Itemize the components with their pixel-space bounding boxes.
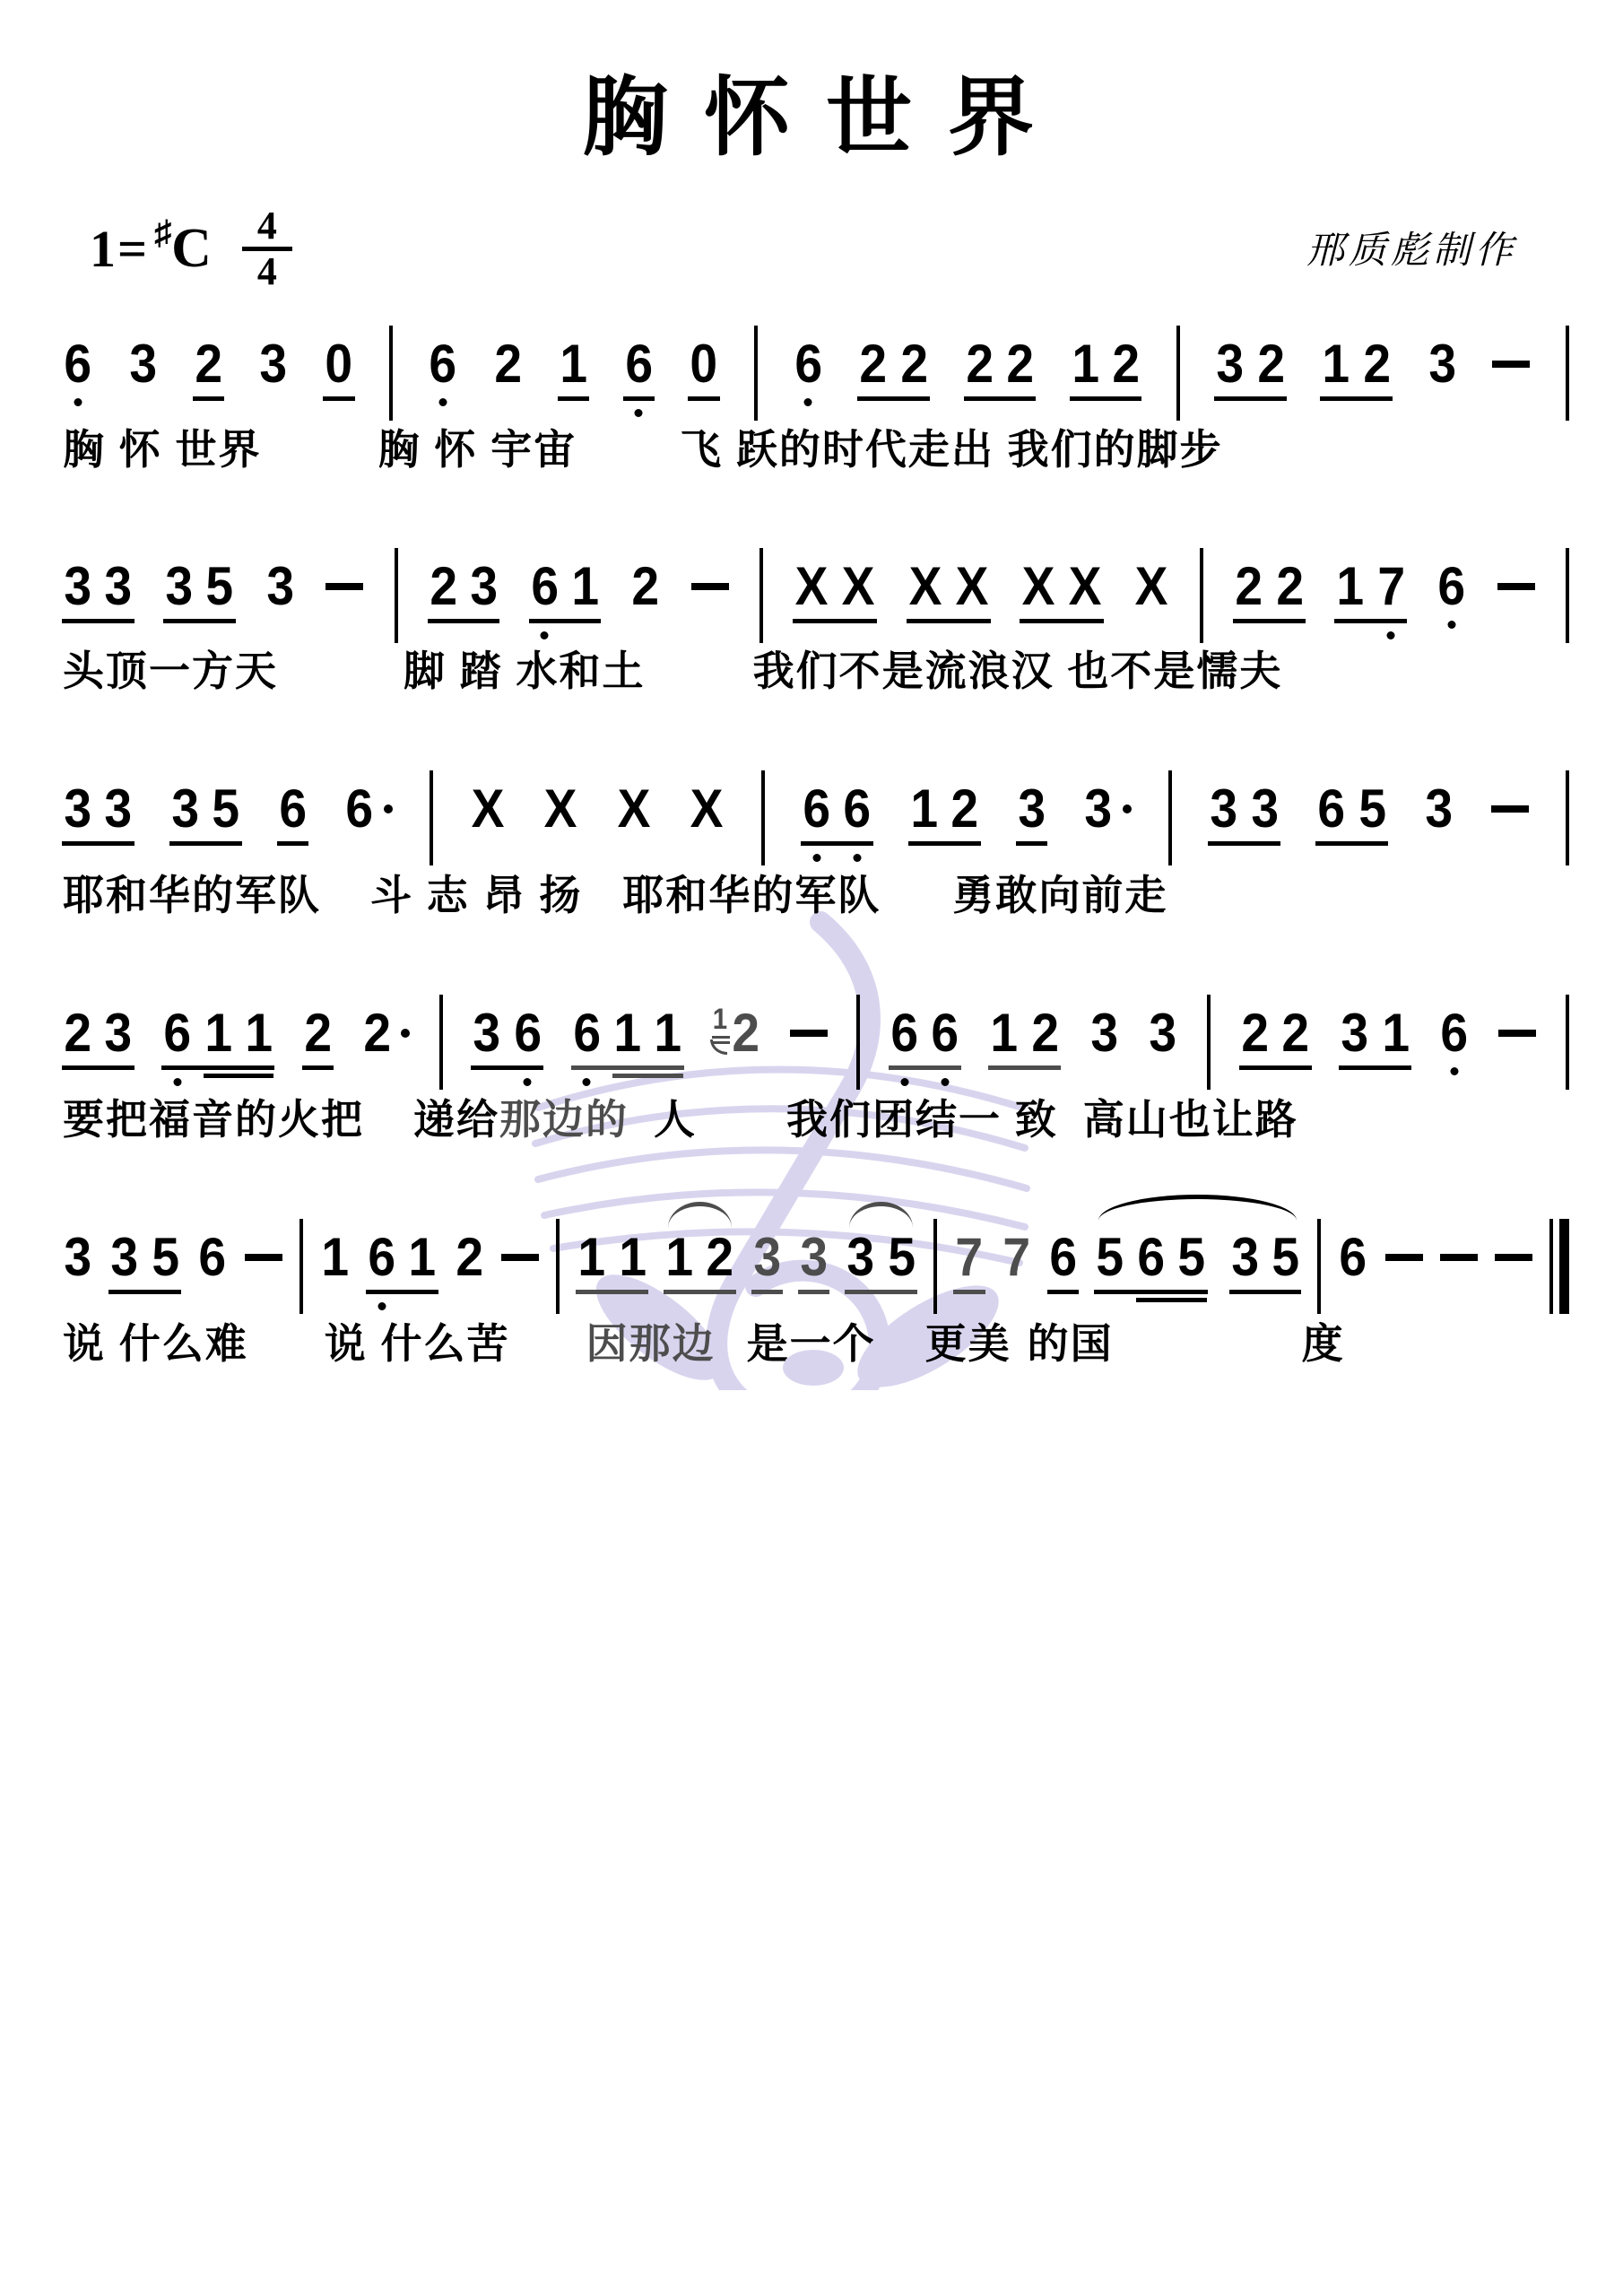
note: 6 [1136, 1231, 1166, 1284]
note: 3 [469, 560, 499, 613]
note: 1 [570, 560, 600, 613]
note: 2 [1256, 337, 1286, 391]
note: 1 [1335, 560, 1365, 613]
sharp-icon: ♯ [154, 213, 171, 253]
note: 1 [653, 1006, 682, 1060]
octave-dot [942, 1078, 950, 1086]
beat-group: 611 [572, 1006, 683, 1060]
note: 3 [63, 560, 92, 613]
beat-group: 11 [577, 1231, 647, 1284]
sixteenth-run: 11 [204, 1006, 274, 1060]
underline-beam [1094, 1290, 1207, 1294]
note: 2 [1280, 1006, 1310, 1060]
half-note-dash [1495, 1254, 1532, 1261]
beat-group: 23 [429, 560, 499, 613]
octave-dot [804, 398, 812, 406]
note-number: 6 [164, 1006, 192, 1060]
song-title: 胸 怀 世 界 [0, 49, 1623, 172]
half-note-dash [790, 1030, 828, 1037]
note: 2 [362, 1006, 410, 1060]
note-number: 5 [1178, 1231, 1206, 1284]
note-number: 7 [1002, 1231, 1030, 1284]
slur-arc [1098, 1195, 1297, 1221]
note: 3 [1230, 1231, 1260, 1284]
note: 6 [802, 782, 831, 836]
barline [856, 995, 860, 1090]
underline-beam [857, 396, 930, 401]
notation-element: 1 [713, 1004, 727, 1033]
note-number: X [842, 560, 875, 613]
octave-dot [900, 1078, 908, 1086]
note: 3 [1089, 1006, 1119, 1060]
note-number: 3 [1231, 1231, 1259, 1284]
underline-beam [1070, 396, 1142, 401]
final-barline-thick [1559, 1219, 1569, 1314]
note: 2 [1240, 1006, 1270, 1060]
lyric-segment: 飞 跃的时代走出 我们的脚步 [680, 417, 1223, 476]
note: 2 [493, 337, 523, 391]
underline-beam [964, 396, 1037, 401]
key-signature: 1= ♯ C 4 4 [90, 208, 292, 291]
octave-dot [583, 1078, 591, 1086]
note-number: 2 [1257, 337, 1285, 391]
note: 5 [211, 782, 240, 836]
note: 2 [1234, 560, 1263, 613]
octave-dot [378, 1302, 386, 1310]
note: 5 [1271, 1231, 1300, 1284]
note: 5 [204, 560, 234, 613]
half-note-dash [691, 583, 729, 590]
note-number: 2 [363, 1006, 391, 1060]
note: 5 [151, 1231, 180, 1284]
beat-group: 35 [846, 1231, 916, 1284]
lyric-segment: 胸 怀 宇宙 [378, 417, 577, 476]
note-number: 1 [571, 560, 599, 613]
beat-group: 33 [63, 782, 134, 836]
note-number: 2 [195, 337, 222, 391]
lyrics-line: 耶和华的军队斗 志 昂 扬耶和华的军队勇敢向前走 [63, 863, 1167, 922]
note: 3 [1250, 782, 1280, 836]
note-number: 6 [514, 1006, 542, 1060]
barline [1207, 995, 1211, 1090]
note-number: 1 [321, 1231, 349, 1284]
note-number: 6 [64, 337, 91, 391]
note-number: 3 [165, 560, 193, 613]
note: 0 [324, 337, 353, 391]
note-number: 3 [753, 1231, 781, 1284]
note-number: 3 [1425, 782, 1453, 836]
note: X [616, 782, 652, 836]
time-signature-bottom: 4 [257, 254, 277, 290]
lyric-segment: 说 什么苦 [325, 1311, 510, 1370]
note-number: 1 [613, 1006, 641, 1060]
lyric-segment: 胸 怀 世界 [63, 417, 262, 476]
note: 2 [965, 337, 994, 391]
note: 7 [954, 1231, 984, 1284]
note: 1 [577, 1231, 606, 1284]
lyric-segment: 因那边 [586, 1311, 716, 1370]
beat-group: 66 [802, 782, 872, 836]
note-number: 1 [560, 337, 587, 391]
octave-dot [1447, 621, 1455, 629]
note: 6 [197, 1231, 227, 1284]
barline [759, 548, 763, 643]
note: X [907, 560, 943, 613]
final-barline [1549, 1219, 1569, 1314]
barline [430, 770, 433, 865]
beat-group: 61 [367, 1231, 438, 1284]
underline-beam [193, 396, 224, 401]
lyric-segment: 更美 [925, 1311, 1011, 1370]
underline-beam [623, 396, 655, 401]
note-number: 3 [129, 337, 157, 391]
note-number: X [1021, 560, 1055, 613]
beat-group: 32 [1215, 337, 1286, 391]
underline-beam [571, 1065, 684, 1070]
note: 6 [890, 1006, 919, 1060]
note-number: 6 [1137, 1231, 1165, 1284]
note: 2 [630, 560, 660, 613]
octave-dot [812, 854, 820, 862]
beat-group: XX [794, 560, 876, 613]
note: 6 [530, 560, 560, 613]
barline [1200, 548, 1203, 643]
note-number: 1 [1382, 1006, 1410, 1060]
note: X [954, 560, 990, 613]
lyric-segment: 头顶一方天 [63, 639, 278, 698]
note-number: 5 [206, 560, 234, 613]
underline-beam [1334, 619, 1407, 623]
beat-group: 22 [1240, 1006, 1311, 1060]
note-number: 3 [1341, 1006, 1369, 1060]
beat-group: 17 [1335, 560, 1406, 613]
note: 2 [1030, 1006, 1060, 1060]
note: 0 [689, 337, 718, 391]
note-number: X [690, 782, 723, 836]
note: X [840, 560, 876, 613]
underline-beam [793, 619, 877, 623]
note: 6 [1048, 1231, 1078, 1284]
note: 5 [1358, 782, 1387, 836]
note-number: 6 [890, 1006, 918, 1060]
beat-group: 31 [1340, 1006, 1410, 1060]
lyric-segment: 我们不是流浪汉 也不是懦夫 [753, 639, 1283, 698]
tied-beat-span: 56535 [1095, 1231, 1300, 1284]
note: 3 [1209, 782, 1238, 836]
barline [1566, 326, 1569, 421]
underline-beam [62, 619, 135, 623]
lyric-segment: 度 [1302, 1311, 1345, 1370]
note: 7 [1376, 560, 1406, 613]
barline [933, 1219, 937, 1314]
note-number: 1 [991, 1006, 1019, 1060]
octave-dot [173, 1078, 181, 1086]
beat-group: 12 [664, 1231, 735, 1284]
sixteenth-run: 65 [1136, 1231, 1207, 1284]
barline [1566, 770, 1569, 865]
barline [754, 326, 758, 421]
underline-beam [889, 1065, 961, 1070]
note: 2 [1111, 337, 1141, 391]
beat-group: XX [1020, 560, 1103, 613]
note-number: 6 [803, 782, 830, 836]
note: 6 [930, 1006, 959, 1060]
note: 6 [1439, 1006, 1469, 1060]
note: 2 [858, 337, 888, 391]
underline-beam [988, 1065, 1061, 1070]
note: 3 [1424, 782, 1454, 836]
note-number: 1 [245, 1006, 273, 1060]
note: 1 [559, 337, 588, 391]
note: 6 [794, 337, 823, 391]
note: 2 [303, 1006, 333, 1060]
note-number: 2 [1236, 560, 1263, 613]
note-number: 6 [279, 782, 307, 836]
note: 3 [1017, 782, 1046, 836]
note-number: 2 [1363, 337, 1391, 391]
lyrics-line: 要把福音的火把递给那边的人我们团结一 致高山也让路 [63, 1087, 1298, 1146]
underline-beam [169, 841, 242, 846]
beat-group: 611 [162, 1006, 273, 1060]
beat-group: 12 [1321, 337, 1392, 391]
sixteenth-run: 11 [612, 1006, 683, 1060]
beat-group: 33 [63, 560, 134, 613]
note: 2 [1362, 337, 1392, 391]
note: 2 [455, 1231, 484, 1284]
note: 2 [899, 337, 929, 391]
note-number: 1 [1337, 560, 1365, 613]
underline-beam [302, 1065, 334, 1070]
beat-group: 36 [472, 1006, 542, 1060]
note: 6 [428, 337, 457, 391]
half-note-dash [1492, 361, 1530, 368]
note-number: 2 [1112, 337, 1140, 391]
lyrics-line: 胸 怀 世界胸 怀 宇宙飞 跃的时代走出 我们的脚步 [63, 417, 1223, 476]
underline-beam [908, 841, 981, 846]
underline-beam [1239, 1065, 1312, 1070]
notation-line: 6323062160622221232123 [63, 332, 1569, 396]
note: 3 [1428, 337, 1457, 391]
underline-beam [1016, 841, 1047, 846]
note: 3 [63, 1231, 92, 1284]
note-number: 2 [304, 1006, 332, 1060]
underline-beam [664, 1290, 736, 1294]
barline [439, 995, 443, 1090]
lyric-segment: 耶和华的军队 [63, 863, 321, 922]
augmentation-dot [384, 804, 393, 813]
note: 3 [103, 560, 133, 613]
note-number: 6 [1340, 1231, 1367, 1284]
barline [1566, 995, 1569, 1090]
note: 2 [1005, 337, 1035, 391]
note: 3 [109, 1231, 139, 1284]
note: 3 [1083, 782, 1131, 836]
note-number: 1 [409, 1231, 437, 1284]
lyrics-line: 说 什么难说 什么苦因那边是一个更美的国度 [63, 1311, 1345, 1370]
beat-group: 35 [164, 560, 235, 613]
note-number: 2 [900, 337, 928, 391]
note: 5 [887, 1231, 916, 1284]
grace-underline [712, 1036, 730, 1039]
note-number: 3 [64, 1231, 91, 1284]
note-number: 6 [430, 337, 457, 391]
note: 6 [1338, 1231, 1367, 1284]
octave-dot [74, 398, 82, 406]
note-number: 3 [1217, 337, 1245, 391]
beat-group: 66 [890, 1006, 960, 1060]
note-number: 0 [690, 337, 718, 391]
beat-group: 61 [530, 560, 601, 613]
note: 1 [204, 1006, 233, 1060]
note: 1 [909, 782, 939, 836]
lyric-segment: 说 什么难 [63, 1311, 248, 1370]
lyric-segment: 耶和华的军队 [622, 863, 881, 922]
notation-line: 333566XXXX66123333653 [63, 777, 1569, 841]
underline-beam [163, 619, 236, 623]
time-signature: 4 4 [242, 208, 292, 291]
note: X [542, 782, 578, 836]
note: 6 [572, 1006, 602, 1060]
lyric-segment: 递给 [413, 1087, 499, 1146]
underline-beam [907, 619, 991, 623]
beat-group: 565 [1095, 1231, 1206, 1284]
lyric-segment: 的国 [1028, 1311, 1114, 1370]
note: 6 [162, 1006, 192, 1060]
note-number: 2 [707, 1231, 734, 1284]
note: 5 [1176, 1231, 1206, 1284]
beat-group: 65 [1316, 782, 1387, 836]
underline-beam [161, 1065, 274, 1070]
note-number: 6 [531, 560, 559, 613]
underline-beam [1214, 396, 1287, 401]
note-number: X [795, 560, 829, 613]
note-number: 6 [844, 782, 872, 836]
note-number: 6 [368, 1231, 395, 1284]
lyric-segment: 脚 踏 水和土 [404, 639, 646, 698]
note-number: 6 [1317, 782, 1345, 836]
augmentation-dot [1123, 804, 1132, 813]
note-number: 5 [888, 1231, 916, 1284]
underline-beam [1320, 396, 1393, 401]
note-number: X [617, 782, 650, 836]
note-number: 7 [1377, 560, 1405, 613]
note: 1 [1071, 337, 1100, 391]
note-number: 2 [1006, 337, 1034, 391]
note-number: 3 [847, 1231, 875, 1284]
note-number: 3 [1018, 782, 1046, 836]
note-number: 1 [1323, 337, 1350, 391]
underline-beam [62, 1065, 135, 1070]
underline-beam [108, 1290, 181, 1294]
note-number: 3 [1085, 782, 1113, 836]
note-number: X [472, 782, 505, 836]
note-number: 5 [1358, 782, 1386, 836]
time-signature-top: 4 [257, 208, 277, 244]
barline [389, 326, 393, 421]
underline-beam [1229, 1290, 1302, 1294]
note: X [1133, 560, 1169, 613]
underline-beam-2 [204, 1074, 274, 1078]
note-number: 2 [1282, 1006, 1310, 1060]
note-number: X [1135, 560, 1168, 613]
note: 2 [950, 782, 979, 836]
note: 3 [103, 1006, 133, 1060]
beat-group: 22 [858, 337, 929, 391]
note-number: 1 [204, 1006, 232, 1060]
note-number: 2 [494, 337, 522, 391]
note: X [470, 782, 506, 836]
note-number: X [544, 782, 577, 836]
note: 1 [320, 1231, 350, 1284]
grace-note: 1 [712, 1004, 728, 1033]
note: 1 [664, 1231, 694, 1284]
note-number: 2 [860, 337, 888, 391]
note: X [1067, 560, 1103, 613]
notation-line: 2361122366111266123322316 [63, 1001, 1569, 1065]
note-number: X [908, 560, 942, 613]
barline [1566, 548, 1569, 643]
underline-beam [323, 396, 354, 401]
lyric-segment: 我们团结一 致 [786, 1087, 1058, 1146]
barline [299, 1219, 303, 1314]
octave-dot [439, 398, 447, 406]
note-number: 6 [794, 337, 822, 391]
note-number: 2 [1276, 560, 1304, 613]
underline-beam [1339, 1065, 1411, 1070]
lyric-segment: 是一个 [747, 1311, 876, 1370]
barline [1168, 770, 1172, 865]
note-number: 3 [1428, 337, 1456, 391]
note: 3 [846, 1231, 875, 1284]
note-number: 3 [266, 560, 294, 613]
beat-group: 35 [170, 782, 241, 836]
beat-group: 23 [63, 1006, 134, 1060]
lyric-segment: 人 [654, 1087, 697, 1146]
underline-beam [1315, 841, 1388, 846]
note: 6 [278, 782, 308, 836]
note: 7 [1002, 1231, 1031, 1284]
underline-beam [277, 841, 308, 846]
lyric-segment: 那边的 [499, 1087, 629, 1146]
note-number: 1 [655, 1006, 682, 1060]
octave-dot [524, 1078, 532, 1086]
key-letter: C [171, 217, 212, 281]
underline-beam [558, 396, 589, 401]
note: 12 [712, 1006, 760, 1060]
half-note-dash [1440, 1254, 1478, 1261]
beat-group: 12 [989, 1006, 1060, 1060]
lyric-segment: 斗 志 昂 扬 [370, 863, 582, 922]
note: 3 [1148, 1006, 1177, 1060]
note: 3 [103, 782, 133, 836]
underline-beam [428, 619, 500, 623]
note: 1 [618, 1231, 647, 1284]
note: 1 [1381, 1006, 1410, 1060]
beat-group: 22 [965, 337, 1036, 391]
beat-group: 12 [909, 782, 980, 836]
note: 6 [842, 782, 872, 836]
note-number: 3 [800, 1231, 828, 1284]
note: 1 [989, 1006, 1019, 1060]
underline-beam [576, 1290, 648, 1294]
note: 6 [1436, 560, 1466, 613]
note: 6 [367, 1231, 396, 1284]
half-note-dash [1385, 1254, 1423, 1261]
note-number: X [1068, 560, 1101, 613]
half-note-dash [245, 1254, 282, 1261]
notation-line: 3335323612XXXXXXX22176 [63, 554, 1569, 619]
augmentation-dot [401, 1029, 410, 1038]
